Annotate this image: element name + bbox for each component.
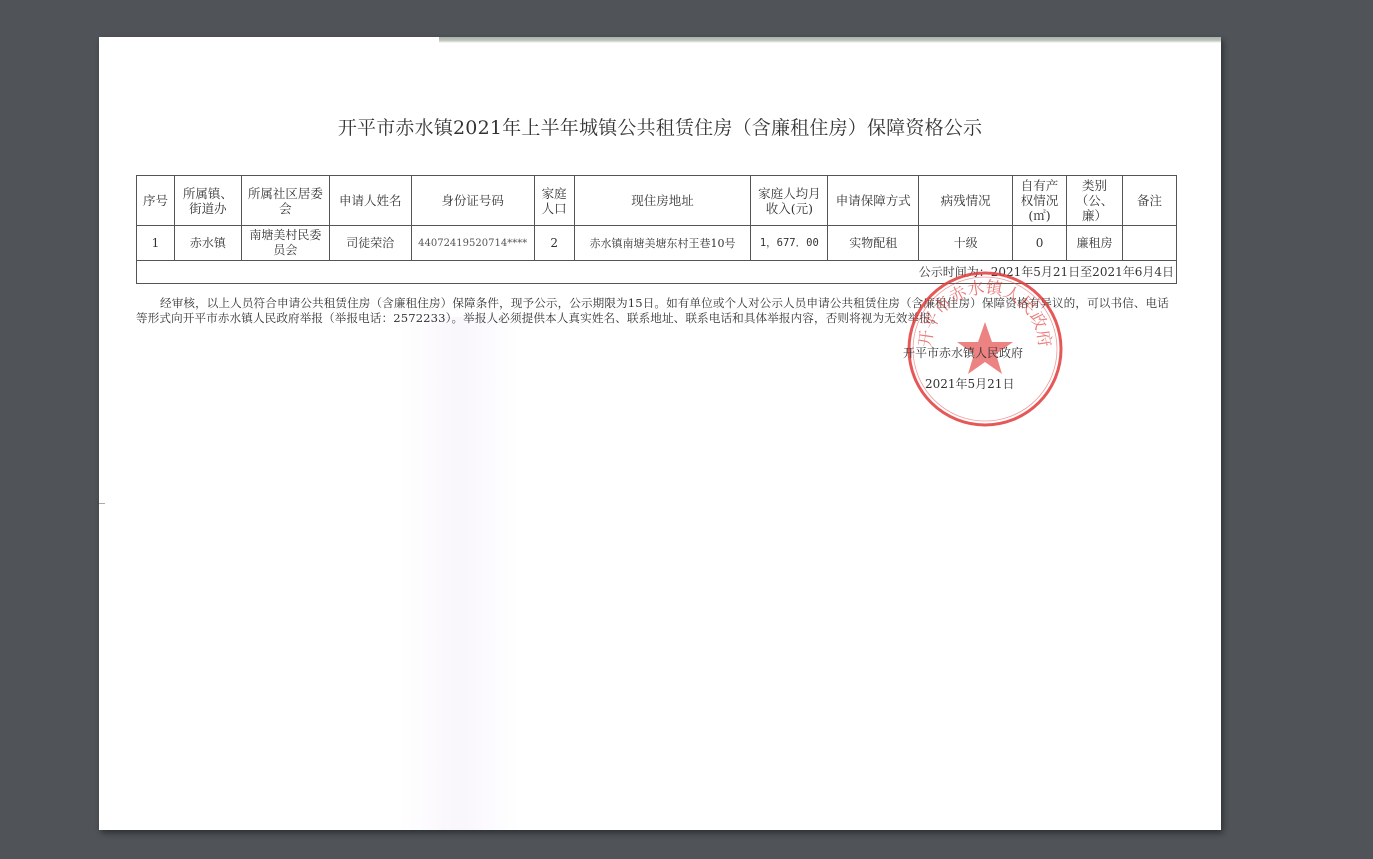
cell-category: 廉租房 bbox=[1066, 226, 1122, 261]
cell-address: 赤水镇南塘美塘东村王巷10号 bbox=[574, 226, 751, 261]
header-guarantee-method: 申请保障方式 bbox=[828, 176, 919, 226]
document-viewer: 开平市赤水镇2021年上半年城镇公共租赁住房（含廉租住房）保障资格公示 序号 所 bbox=[0, 0, 1373, 859]
cell-index: 1 bbox=[137, 226, 175, 261]
cell-guarantee-method: 实物配租 bbox=[828, 226, 919, 261]
header-index: 序号 bbox=[137, 176, 175, 226]
header-community: 所属社区居委会 bbox=[241, 176, 329, 226]
cell-owned-property: 0 bbox=[1013, 226, 1067, 261]
cell-id-number: 44072419520714**** bbox=[411, 226, 534, 261]
table-row: 1 赤水镇 南塘美村民委员会 司徒荣洽 44072419520714**** 2… bbox=[137, 226, 1177, 261]
cell-monthly-income: 1，677．00 bbox=[751, 226, 828, 261]
scan-edge bbox=[439, 37, 1221, 43]
cell-community: 南塘美村民委员会 bbox=[241, 226, 329, 261]
header-owned-property: 自有产权情况(㎡) bbox=[1013, 176, 1067, 226]
header-id-number: 身份证号码 bbox=[411, 176, 534, 226]
table-footer-row: 公示时间为：2021年5月21日至2021年6月4日 bbox=[137, 261, 1177, 284]
notice-paragraph: 经审核，以上人员符合申请公共租赁住房（含廉租住房）保障条件，现予公示，公示期限为… bbox=[136, 296, 1171, 326]
signature-organization: 开平市赤水镇人民政府 bbox=[903, 344, 1023, 361]
document-title: 开平市赤水镇2021年上半年城镇公共租赁住房（含廉租住房）保障资格公示 bbox=[99, 113, 1221, 140]
cell-household-size: 2 bbox=[534, 226, 574, 261]
table-header-row: 序号 所属镇、街道办 所属社区居委会 申请人姓名 身份证号码 家庭人口 现住房地… bbox=[137, 176, 1177, 226]
scan-artifact bbox=[399, 317, 519, 830]
scan-mark bbox=[99, 503, 105, 504]
header-remarks: 备注 bbox=[1122, 176, 1176, 226]
publicity-table: 序号 所属镇、街道办 所属社区居委会 申请人姓名 身份证号码 家庭人口 现住房地… bbox=[136, 175, 1177, 284]
publicity-period: 公示时间为：2021年5月21日至2021年6月4日 bbox=[137, 261, 1177, 284]
cell-remarks bbox=[1122, 226, 1176, 261]
header-town: 所属镇、街道办 bbox=[174, 176, 241, 226]
header-category: 类别（公、廉） bbox=[1066, 176, 1122, 226]
header-monthly-income: 家庭人均月收入(元) bbox=[751, 176, 828, 226]
header-applicant: 申请人姓名 bbox=[329, 176, 411, 226]
signature-date: 2021年5月21日 bbox=[925, 375, 1014, 392]
cell-town: 赤水镇 bbox=[174, 226, 241, 261]
cell-applicant: 司徒荣洽 bbox=[329, 226, 411, 261]
cell-disability: 十级 bbox=[919, 226, 1013, 261]
header-disability: 病残情况 bbox=[919, 176, 1013, 226]
document-page: 开平市赤水镇2021年上半年城镇公共租赁住房（含廉租住房）保障资格公示 序号 所 bbox=[99, 37, 1221, 830]
header-household-size: 家庭人口 bbox=[534, 176, 574, 226]
header-address: 现住房地址 bbox=[574, 176, 751, 226]
